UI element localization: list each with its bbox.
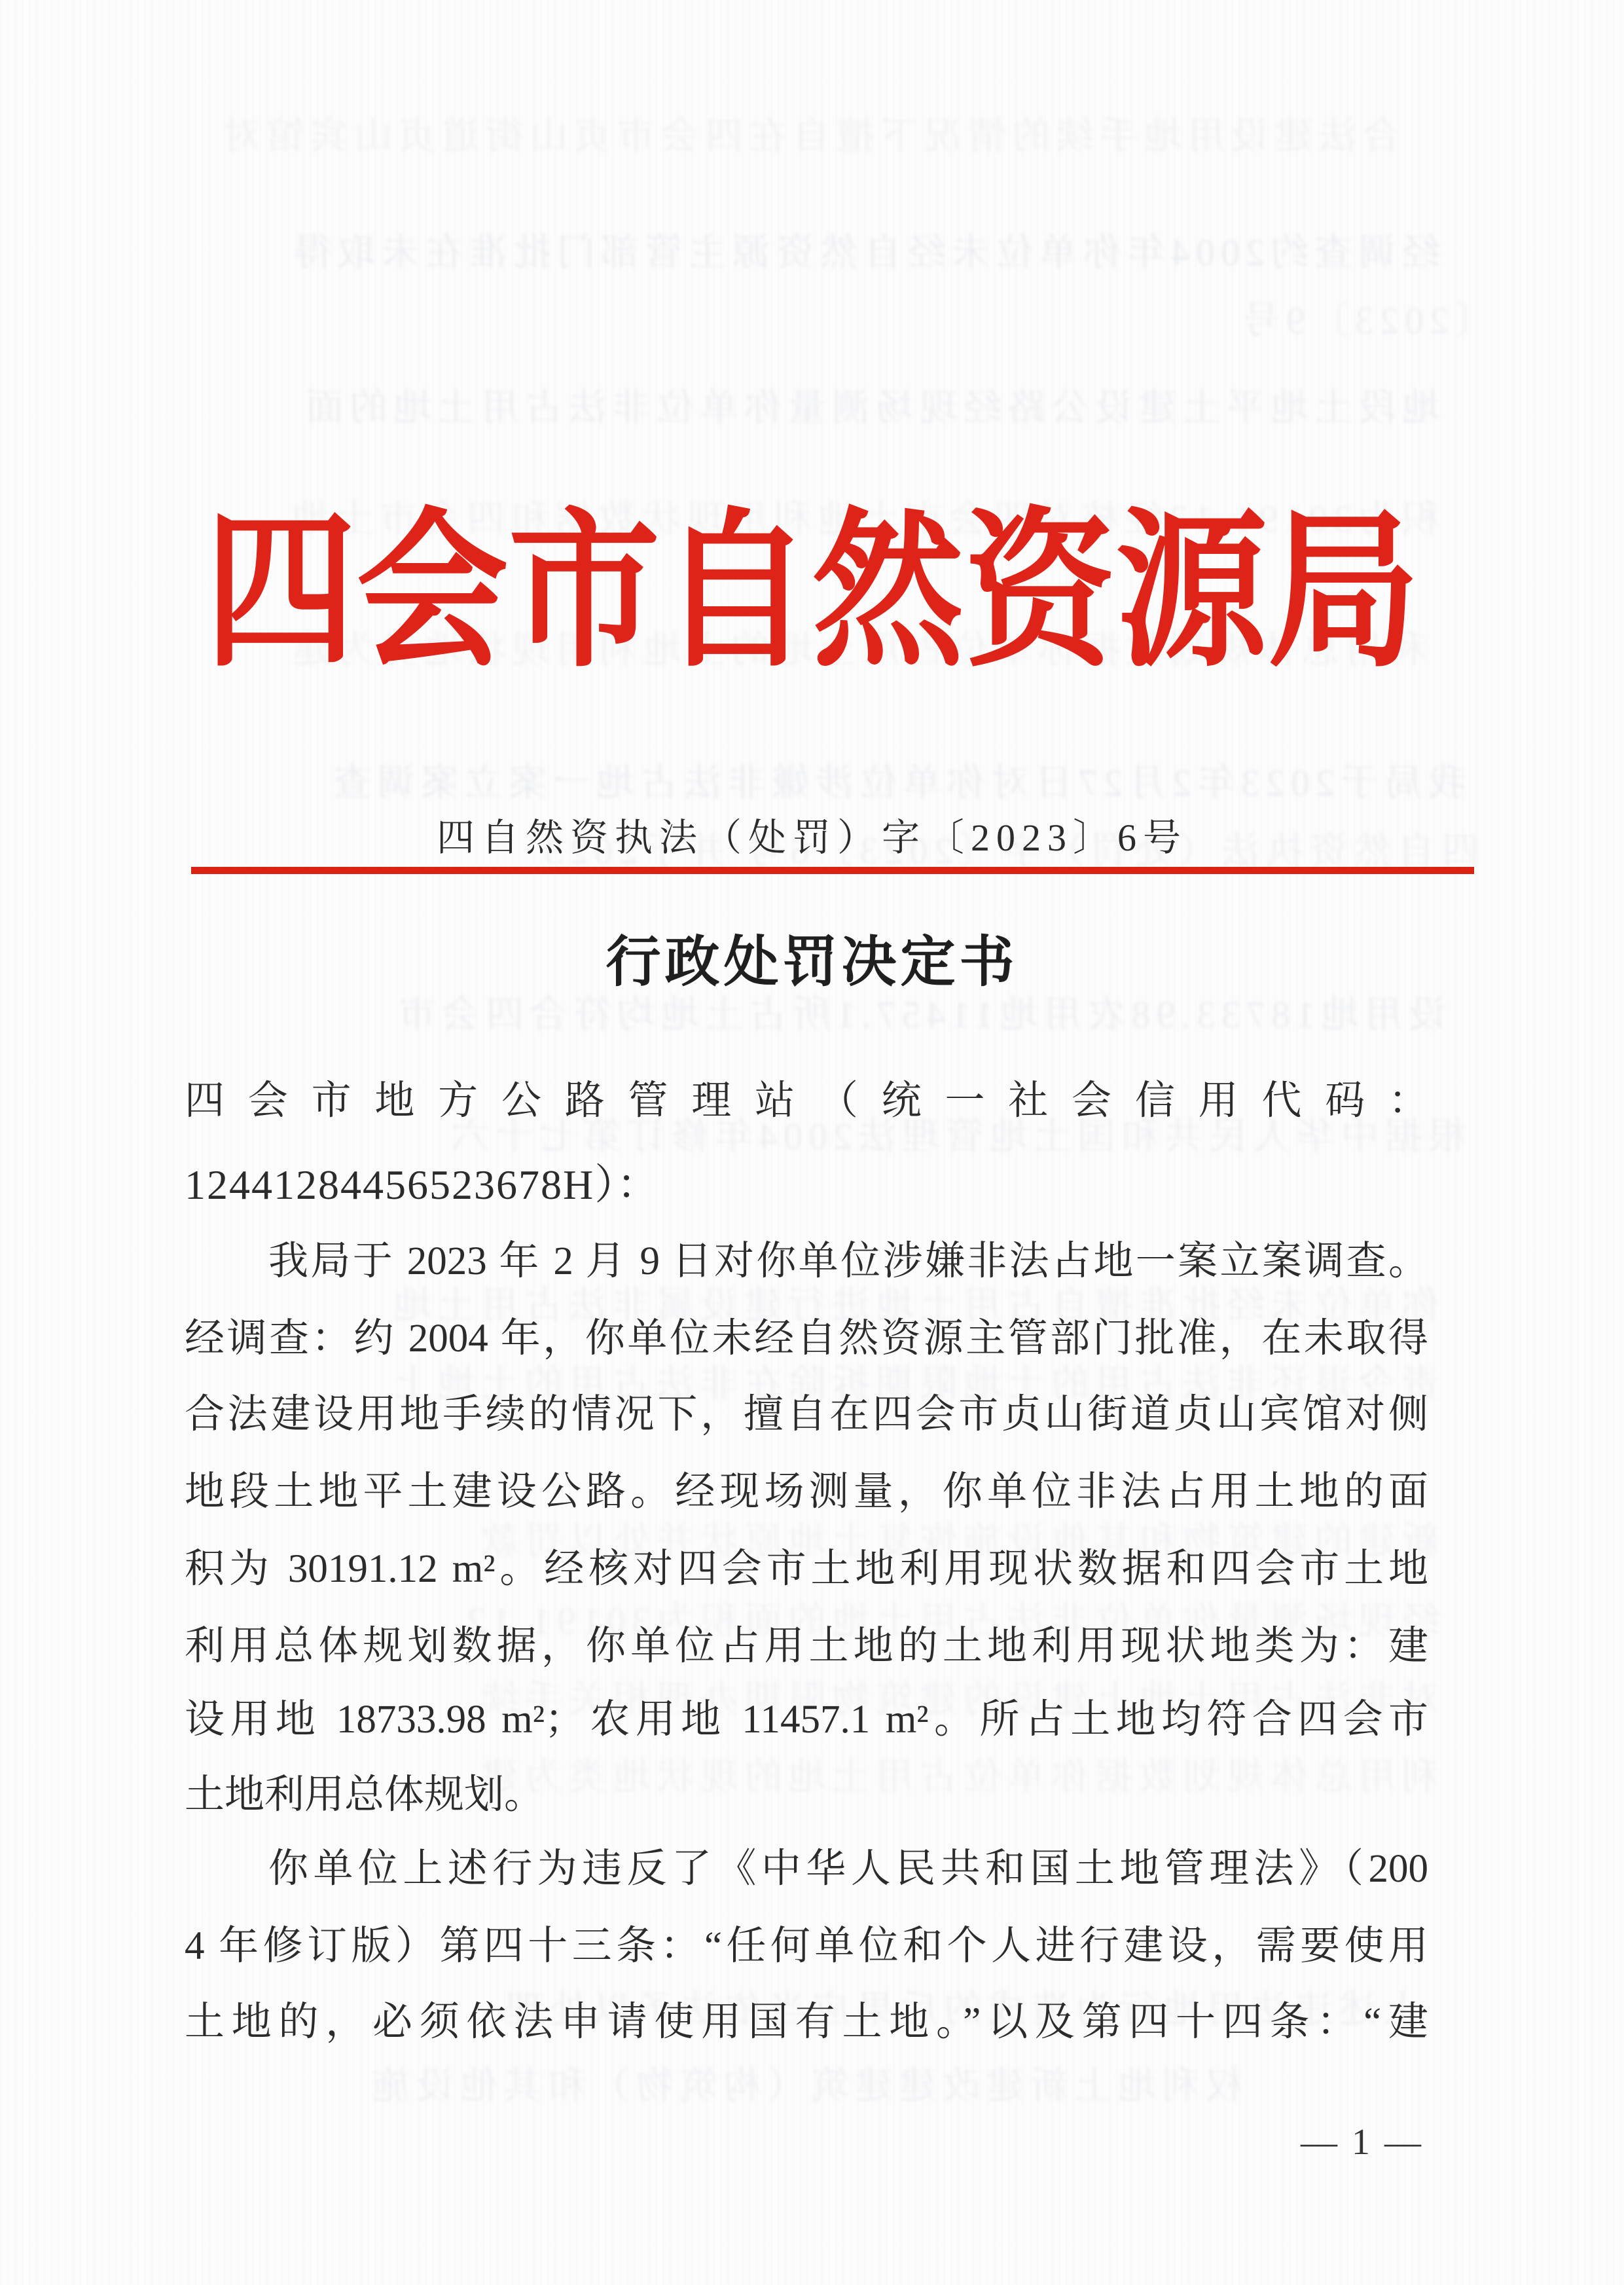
body-line: 设用地 18733.98 m²；农用地 11457.1 m²。所占土地均符合四会…	[185, 1696, 1428, 1744]
recipient-line: 四会市地方公路管理站（统一社会信用代码：	[185, 1077, 1428, 1125]
body-line: 利用总体规划数据，你单位占用土地的土地利用现状地类为：建	[185, 1622, 1428, 1670]
document-reference-number: 四自然资执法（处罚）字〔2023〕6号	[0, 807, 1624, 862]
ghost-text-line: 经调查约2004年你单位未经自然资源主管部门批准在未取得	[196, 221, 1440, 276]
body-line: 积为 30191.12 m²。经核对四会市土地利用现状数据和四会市土地	[185, 1545, 1428, 1593]
body-line: 地段土地平土建设公路。经现场测量，你单位非法占用土地的面	[185, 1468, 1428, 1516]
body-line: 我局于 2023 年 2 月 9 日对你单位涉嫌非法占地一案立案调查。	[185, 1237, 1428, 1285]
body-line: 4 年修订版）第四十三条：“任何单位和个人进行建设，需要使用	[185, 1922, 1428, 1970]
body-line: 土地利用总体规划。	[185, 1771, 1428, 1819]
scanned-document-page: 合法建设用地手续的情况下擅自在四会市贞山街道贞山宾馆对侧 经调查约2004年你单…	[0, 0, 1624, 2285]
body-line: 土地的，必须依法申请使用国有土地。”以及第四十四条：“建	[185, 1998, 1428, 2046]
ghost-text-line: 〔2023〕9号	[1211, 289, 1492, 344]
body-line: 经调查：约 2004 年，你单位未经自然资源主管部门批准，在未取得	[185, 1315, 1428, 1362]
ghost-text-line: 我局于2023年2月27日对你单位涉嫌非法占地一案立案调查	[190, 752, 1466, 807]
ghost-text-line: 合法建设用地手续的情况下擅自在四会市贞山街道贞山宾馆对侧	[223, 105, 1401, 160]
ghost-text-line: 地段土地平土建设公路经现场测量你单位非法占用土地的面	[196, 376, 1440, 431]
agency-letterhead-title: 四会市自然资源局	[0, 455, 1624, 699]
body-line: 你单位上述行为违反了《中华人民共和国土地管理法》（200	[185, 1845, 1428, 1893]
credit-code-line: 12441284456523678H）：	[185, 1160, 1428, 1211]
body-line: 合法建设用地手续的情况下，擅自在四会市贞山街道贞山宾馆对侧	[185, 1391, 1428, 1438]
document-title: 行政处罚决定书	[0, 918, 1624, 997]
page-number: — 1 —	[1301, 2121, 1424, 2163]
ghost-text-line: 权利地上新建改建建筑（构筑物）和其他设施	[327, 2055, 1244, 2110]
letterhead-red-divider	[191, 867, 1474, 874]
